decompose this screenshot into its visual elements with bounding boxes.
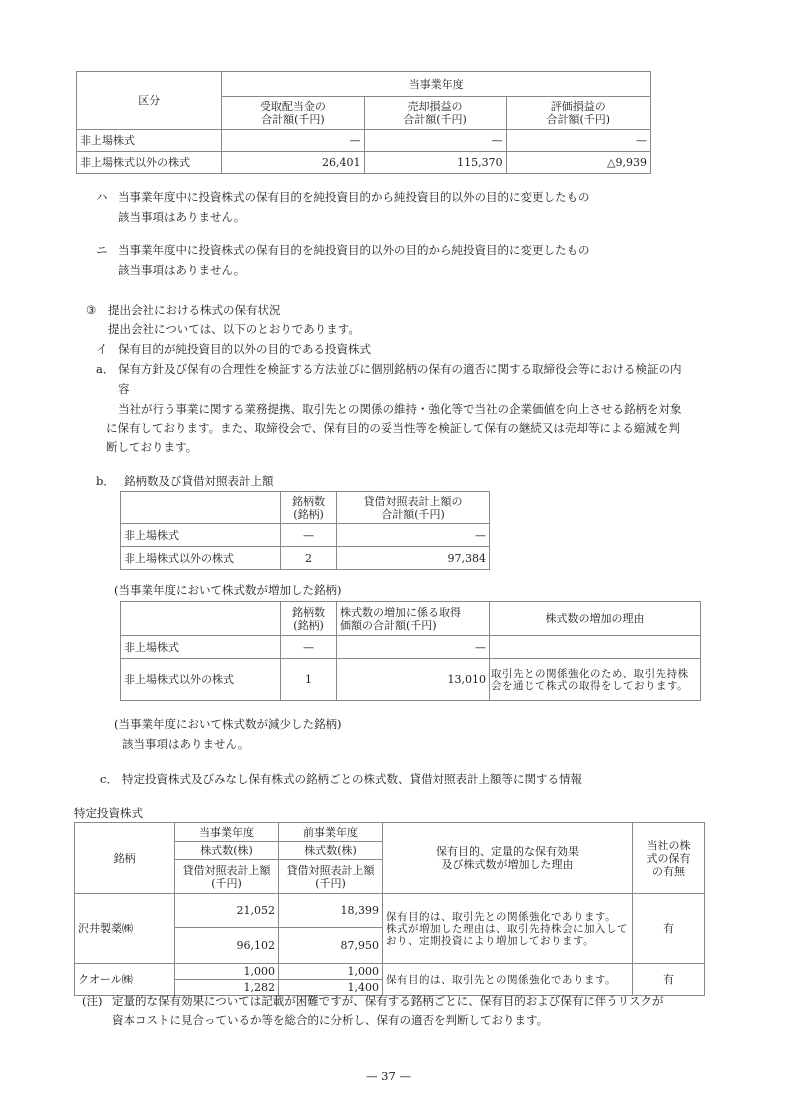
table-row: 非上場株式以外の株式 26,401 115,370 △9,939 bbox=[77, 152, 651, 174]
cell-value: 26,401 bbox=[222, 152, 364, 174]
header-line: 合計額(千円) bbox=[340, 508, 486, 521]
section-ni-marker: ニ bbox=[96, 243, 108, 258]
cell-amount: — bbox=[337, 636, 490, 659]
holding-purpose: 保有目的は、取引先との関係強化であります。 bbox=[383, 964, 633, 996]
shares-current: 1,000 bbox=[175, 964, 279, 980]
gains-losses-table: 区分 当事業年度 受取配当金の合計額(千円) 売却損益の合計額(千円) 評価損益… bbox=[76, 71, 651, 174]
header-amount-current: 貸借対照表計上額(千円) bbox=[175, 860, 279, 894]
header-valuation-gains: 評価損益の合計額(千円) bbox=[506, 97, 650, 130]
cell-amount: — bbox=[337, 524, 490, 547]
section-ha-marker: ハ bbox=[96, 190, 108, 205]
note-line2: 資本コストに見合っているか等を総合的に分析し、保有の適否を判断しております。 bbox=[112, 1013, 548, 1028]
purpose-paragraph: 保有目的は、取引先との関係強化であります。 bbox=[386, 911, 629, 923]
header-prior-year: 前事業年度 bbox=[279, 823, 383, 842]
header-dividends: 受取配当金の合計額(千円) bbox=[222, 97, 364, 130]
header-line: 売却損益の bbox=[368, 100, 503, 113]
cell-count: — bbox=[281, 636, 337, 659]
header-shares-current: 株式数(株) bbox=[175, 842, 279, 860]
shares-prior: 1,000 bbox=[279, 964, 383, 980]
header-line: 銘柄数 bbox=[284, 495, 333, 508]
decrease-caption: (当事業年度において株式数が減少した銘柄) bbox=[114, 717, 341, 732]
header-empty bbox=[121, 492, 281, 524]
table-row: クオール㈱ 1,000 1,000 保有目的は、取引先との関係強化であります。 … bbox=[75, 964, 705, 980]
row-label: 非上場株式以外の株式 bbox=[121, 547, 281, 570]
header-current-year: 当事業年度 bbox=[175, 823, 279, 842]
increase-table: 銘柄数(銘柄) 株式数の増加に係る取得価額の合計額(千円) 株式数の増加の理由 … bbox=[120, 601, 701, 701]
section-a-marker: a． bbox=[96, 362, 114, 377]
table-row: 非上場株式 — — bbox=[121, 636, 701, 659]
table-row: 非上場株式 — — — bbox=[77, 130, 651, 152]
section-c-marker: c． bbox=[100, 772, 118, 787]
shares-prior: 18,399 bbox=[279, 894, 383, 928]
row-label: 非上場株式 bbox=[121, 524, 281, 547]
section-a-title-line2: 容 bbox=[118, 382, 130, 397]
header-line: (千円) bbox=[178, 877, 275, 890]
header-line: 合計額(千円) bbox=[510, 113, 647, 126]
holdings-count-table: 銘柄数(銘柄) 貸借対照表計上額の合計額(千円) 非上場株式 — — 非上場株式… bbox=[120, 491, 490, 570]
header-line: (銘柄) bbox=[284, 619, 333, 632]
increase-caption: (当事業年度において株式数が増加した銘柄) bbox=[114, 583, 341, 598]
header-line: 当社の株 bbox=[636, 839, 701, 852]
table-row: 非上場株式以外の株式 2 97,384 bbox=[121, 547, 490, 570]
cell-value: — bbox=[364, 130, 506, 152]
page-number: — 37 — bbox=[366, 1069, 411, 1084]
header-line: 合計額(千円) bbox=[368, 113, 503, 126]
header-cross-holding: 当社の株式の保有の有無 bbox=[633, 823, 705, 894]
header-line: 合計額(千円) bbox=[225, 113, 360, 126]
header-sale-gains: 売却損益の合計額(千円) bbox=[364, 97, 506, 130]
section-a-title-line1: 保有方針及び保有の合理性を検証する方法並びに個別銘柄の保有の適否に関する取締役会… bbox=[118, 362, 682, 377]
row-label: 非上場株式以外の株式 bbox=[77, 152, 222, 174]
cell-value: △9,939 bbox=[506, 152, 650, 174]
section-a-body-line1: 当社が行う事業に関する業務提携、取引先との関係の維持・強化等で当社の企業価値を向… bbox=[118, 402, 682, 417]
section-ni-body: 該当事項はありません。 bbox=[118, 263, 245, 278]
header-reason: 株式数の増加の理由 bbox=[490, 602, 701, 636]
header-shares-prior: 株式数(株) bbox=[279, 842, 383, 860]
stock-name: クオール㈱ bbox=[75, 964, 175, 996]
purpose-paragraph: 株式が増加した理由は、取引先持株会に加入しており、定期投資により増加しております… bbox=[386, 923, 629, 947]
header-category: 区分 bbox=[77, 72, 222, 130]
row-label: 非上場株式 bbox=[77, 130, 222, 152]
table-row: 非上場株式 — — bbox=[121, 524, 490, 547]
decrease-body: 該当事項はありません。 bbox=[122, 737, 249, 752]
section-i-title: 保有目的が純投資目的以外の目的である投資株式 bbox=[118, 342, 371, 357]
cell-count: — bbox=[281, 524, 337, 547]
cross-holding: 有 bbox=[633, 894, 705, 964]
header-line: 貸借対照表計上額の bbox=[340, 495, 486, 508]
section3-title: 提出会社における株式の保有状況 bbox=[108, 303, 281, 318]
section-a-body-line3: 断しております。 bbox=[106, 440, 197, 455]
cell-value: 115,370 bbox=[364, 152, 506, 174]
section-ha-title: 当事業年度中に投資株式の保有目的を純投資目的から純投資目的以外の目的に変更したも… bbox=[118, 190, 590, 205]
header-line: 価額の合計額(千円) bbox=[340, 619, 486, 632]
header-empty bbox=[121, 602, 281, 636]
amount-prior: 87,950 bbox=[279, 928, 383, 964]
specified-investment-stocks-table: 銘柄 当事業年度 前事業年度 保有目的、定量的な保有効果及び株式数が増加した理由… bbox=[74, 822, 705, 996]
header-count: 銘柄数(銘柄) bbox=[281, 602, 337, 636]
header-amount: 貸借対照表計上額の合計額(千円) bbox=[337, 492, 490, 524]
table4-caption: 特定投資株式 bbox=[74, 806, 143, 821]
cell-reason bbox=[490, 636, 701, 659]
section-c-title: 特定投資株式及びみなし保有株式の銘柄ごとの株式数、貸借対照表計上額等に関する情報 bbox=[122, 772, 582, 787]
header-line: (銘柄) bbox=[284, 508, 333, 521]
stock-name: 沢井製薬㈱ bbox=[75, 894, 175, 964]
header-line: 貸借対照表計上額 bbox=[282, 864, 379, 877]
header-acquisition-amount: 株式数の増加に係る取得価額の合計額(千円) bbox=[337, 602, 490, 636]
header-line: 式の保有 bbox=[636, 852, 701, 865]
header-line: 株式数の増加に係る取得 bbox=[340, 606, 486, 619]
header-line: 受取配当金の bbox=[225, 100, 360, 113]
header-line: 及び株式数が増加した理由 bbox=[386, 858, 629, 871]
table-row: 沢井製薬㈱ 21,052 18,399 保有目的は、取引先との関係強化であります… bbox=[75, 894, 705, 928]
section-ni-title: 当事業年度中に投資株式の保有目的を純投資目的以外の目的から純投資目的に変更したも… bbox=[118, 243, 590, 258]
amount-current: 96,102 bbox=[175, 928, 279, 964]
section-i-marker: イ bbox=[96, 342, 108, 357]
row-label: 非上場株式以外の株式 bbox=[121, 659, 281, 701]
row-label: 非上場株式 bbox=[121, 636, 281, 659]
holding-purpose: 保有目的は、取引先との関係強化であります。株式が増加した理由は、取引先持株会に加… bbox=[383, 894, 633, 964]
table-row: 非上場株式以外の株式 1 13,010 取引先との関係強化のため、取引先持株会を… bbox=[121, 659, 701, 701]
note-line1: 定量的な保有効果については記載が困難ですが、保有する銘柄ごとに、保有目的および保… bbox=[112, 994, 664, 1009]
header-line: の有無 bbox=[636, 865, 701, 878]
header-amount-prior: 貸借対照表計上額(千円) bbox=[279, 860, 383, 894]
cell-count: 2 bbox=[281, 547, 337, 570]
cell-value: — bbox=[506, 130, 650, 152]
note-marker: (注) bbox=[82, 994, 102, 1009]
cell-amount: 13,010 bbox=[337, 659, 490, 701]
cell-value: — bbox=[222, 130, 364, 152]
section-ha-body: 該当事項はありません。 bbox=[118, 210, 245, 225]
header-line: 銘柄数 bbox=[284, 606, 333, 619]
header-stock: 銘柄 bbox=[75, 823, 175, 894]
section3-intro: 提出会社については、以下のとおりであります。 bbox=[108, 322, 360, 337]
shares-current: 21,052 bbox=[175, 894, 279, 928]
section3-marker: ③ bbox=[86, 303, 96, 318]
section-b-marker: b． bbox=[96, 474, 115, 489]
header-purpose: 保有目的、定量的な保有効果及び株式数が増加した理由 bbox=[383, 823, 633, 894]
section-a-body-line2: に保有しております。また、取締役会で、保有目的の妥当性等を検証して保有の継続又は… bbox=[106, 421, 680, 436]
header-count: 銘柄数(銘柄) bbox=[281, 492, 337, 524]
section-b-title: 銘柄数及び貸借対照表計上額 bbox=[124, 474, 274, 489]
header-line: 評価損益の bbox=[510, 100, 647, 113]
cell-amount: 97,384 bbox=[337, 547, 490, 570]
cell-reason: 取引先との関係強化のため、取引先持株会を通じて株式の取得をしております。 bbox=[490, 659, 701, 701]
header-line: 保有目的、定量的な保有効果 bbox=[386, 845, 629, 858]
header-line: 貸借対照表計上額 bbox=[178, 864, 275, 877]
cell-count: 1 bbox=[281, 659, 337, 701]
cross-holding: 有 bbox=[633, 964, 705, 996]
header-current-year: 当事業年度 bbox=[222, 72, 651, 97]
header-line: (千円) bbox=[282, 877, 379, 890]
